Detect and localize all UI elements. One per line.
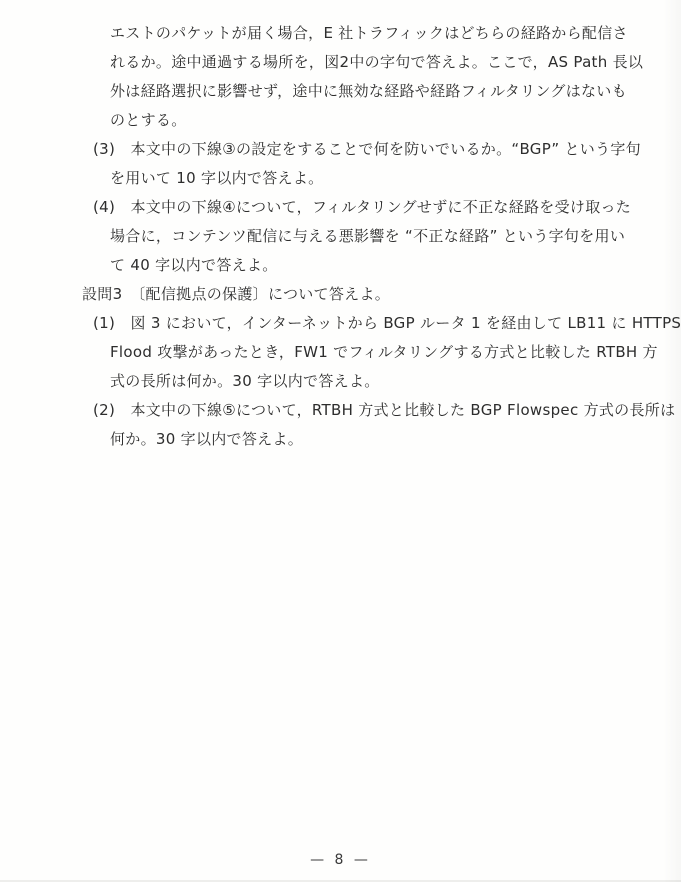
text-line: 外は経路選択に影響せず，途中に無効な経路や経路フィルタリングはないも xyxy=(110,77,681,106)
text-line: て 40 字以内で答えよ。 xyxy=(110,251,681,280)
text-line: のとする。 xyxy=(110,106,681,135)
text-line: 式の長所は何か。30 字以内で答えよ。 xyxy=(110,367,681,396)
page-number: — 8 — xyxy=(0,850,681,870)
text-line: エストのパケットが届く場合，E 社トラフィックはどちらの経路から配信さ xyxy=(110,19,681,48)
document-page: エストのパケットが届く場合，E 社トラフィックはどちらの経路から配信さ れるか。… xyxy=(0,0,681,882)
text-line: Flood 攻撃があったとき，FW1 でフィルタリングする方式と比較した RTB… xyxy=(110,338,681,367)
text-line: 何か。30 字以内で答えよ。 xyxy=(110,425,681,454)
question-item-4: (4) 本文中の下線④について，フィルタリングせずに不正な経路を受け取った xyxy=(93,193,681,222)
question-item-1: (1) 図 3 において，インターネットから BGP ルータ 1 を経由して L… xyxy=(93,309,681,338)
text-line: れるか。途中通過する場所を，図2中の字句で答えよ。ここで，AS Path 長以 xyxy=(110,48,681,77)
question-item-3: (3) 本文中の下線③の設定をすることで何を防いでいるか。“BGP” という字句 xyxy=(93,135,681,164)
text-line: 場合に，コンテンツ配信に与える悪影響を “不正な経路” という字句を用い xyxy=(110,222,681,251)
text-line: を用いて 10 字以内で答えよ。 xyxy=(110,164,681,193)
question-item-2: (2) 本文中の下線⑤について，RTBH 方式と比較した BGP Flowspe… xyxy=(93,396,681,425)
section-heading-setsumon3: 設問3 〔配信拠点の保護〕について答えよ。 xyxy=(82,280,681,309)
exam-question-text: エストのパケットが届く場合，E 社トラフィックはどちらの経路から配信さ れるか。… xyxy=(0,19,681,454)
